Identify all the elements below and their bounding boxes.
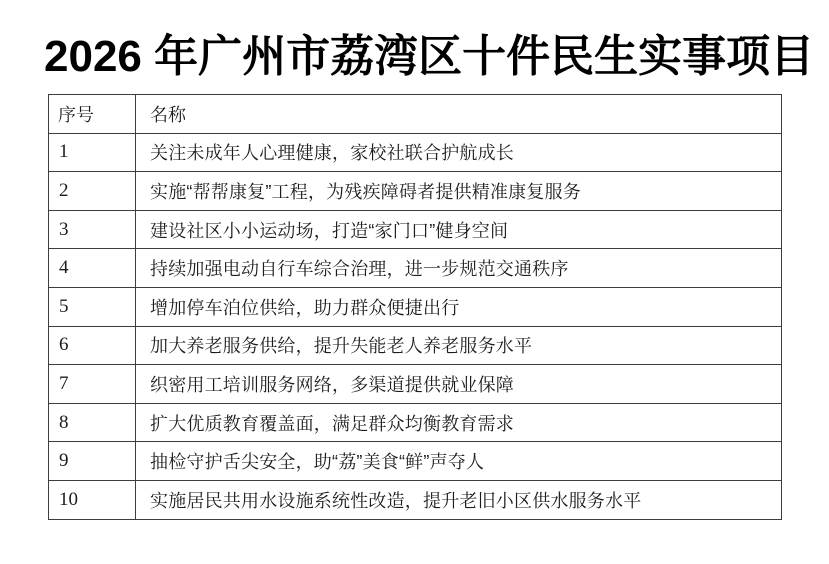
row-name-cell: 扩大优质教育覆盖面，满足群众均衡教育需求 (136, 403, 782, 442)
row-name-cell: 增加停车泊位供给，助力群众便捷出行 (136, 287, 782, 326)
row-name-cell: 实施居民共用水设施系统性改造，提升老旧小区供水服务水平 (136, 480, 782, 519)
row-name-cell: 建设社区小小运动场，打造“家门口”健身空间 (136, 210, 782, 249)
table-row: 6 加大养老服务供给，提升失能老人养老服务水平 (49, 326, 782, 365)
page-title: 2026 年广州市荔湾区十件民生实事项目 (44, 31, 804, 84)
table-row: 3 建设社区小小运动场，打造“家门口”健身空间 (49, 210, 782, 249)
table-row: 7 织密用工培训服务网络，多渠道提供就业保障 (49, 365, 782, 404)
row-name-cell: 持续加强电动自行车综合治理，进一步规范交通秩序 (136, 249, 782, 288)
row-number-cell: 1 (49, 133, 136, 172)
row-name-cell: 加大养老服务供给，提升失能老人养老服务水平 (136, 326, 782, 365)
row-number-cell: 6 (49, 326, 136, 365)
row-name-cell: 关注未成年人心理健康，家校社联合护航成长 (136, 133, 782, 172)
column-header-name: 名称 (136, 95, 782, 134)
row-name-cell: 织密用工培训服务网络，多渠道提供就业保障 (136, 365, 782, 404)
document-page: 2026 年广州市荔湾区十件民生实事项目 序号 名称 1 关注未成年人心理健康，… (0, 0, 829, 564)
row-number-cell: 2 (49, 172, 136, 211)
livelihood-projects-table: 序号 名称 1 关注未成年人心理健康，家校社联合护航成长 2 实施“帮帮康复”工… (48, 94, 782, 520)
table-row: 8 扩大优质教育覆盖面，满足群众均衡教育需求 (49, 403, 782, 442)
table-row: 5 增加停车泊位供给，助力群众便捷出行 (49, 287, 782, 326)
row-number-cell: 4 (49, 249, 136, 288)
row-number-cell: 3 (49, 210, 136, 249)
row-number-cell: 7 (49, 365, 136, 404)
table-row: 2 实施“帮帮康复”工程，为残疾障碍者提供精准康复服务 (49, 172, 782, 211)
row-number-cell: 9 (49, 442, 136, 481)
row-name-cell: 实施“帮帮康复”工程，为残疾障碍者提供精准康复服务 (136, 172, 782, 211)
row-number-cell: 10 (49, 480, 136, 519)
row-number-cell: 5 (49, 287, 136, 326)
row-number-cell: 8 (49, 403, 136, 442)
table-row: 4 持续加强电动自行车综合治理，进一步规范交通秩序 (49, 249, 782, 288)
table-header-row: 序号 名称 (49, 95, 782, 134)
row-name-cell: 抽检守护舌尖安全，助“荔”美食“鲜”声夺人 (136, 442, 782, 481)
table-row: 9 抽检守护舌尖安全，助“荔”美食“鲜”声夺人 (49, 442, 782, 481)
table-row: 10 实施居民共用水设施系统性改造，提升老旧小区供水服务水平 (49, 480, 782, 519)
column-header-no: 序号 (49, 95, 136, 134)
table-row: 1 关注未成年人心理健康，家校社联合护航成长 (49, 133, 782, 172)
